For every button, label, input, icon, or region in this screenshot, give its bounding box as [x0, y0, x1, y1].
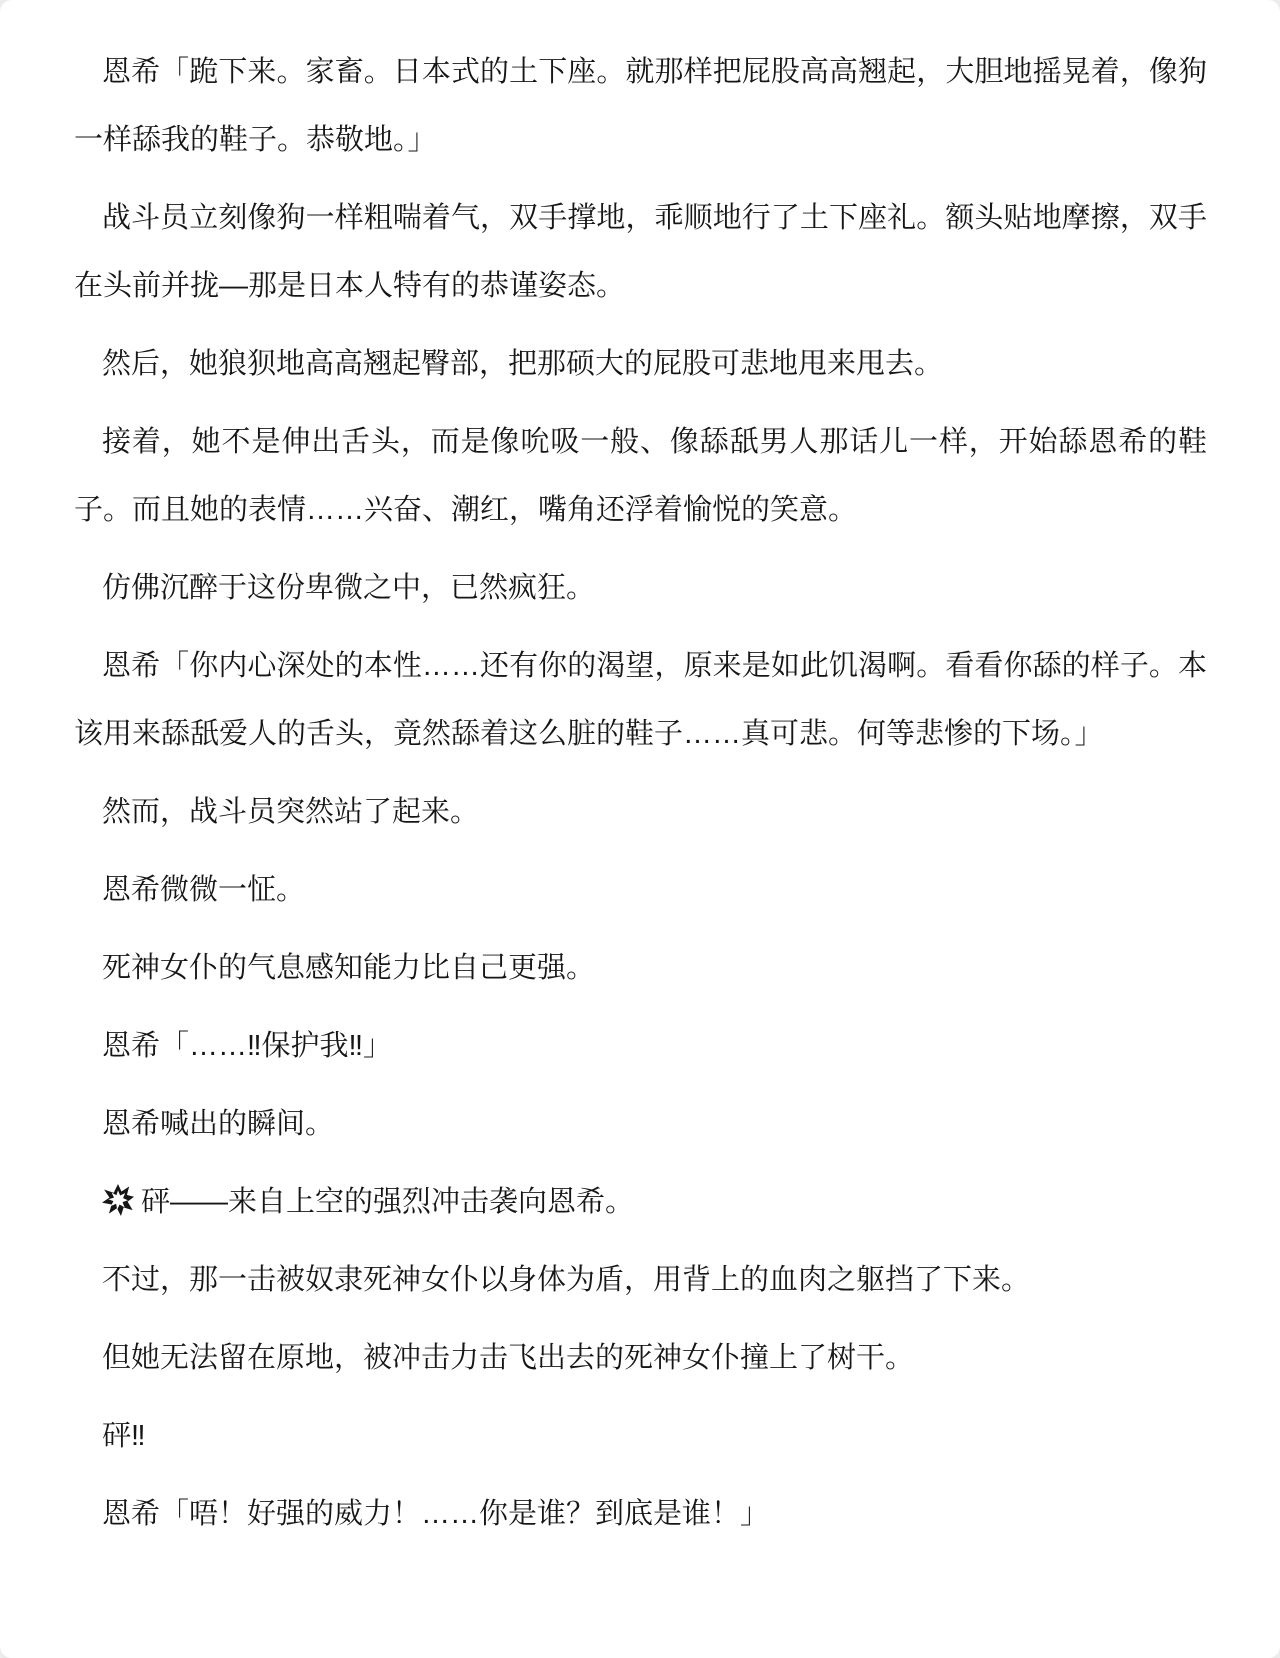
paragraph: 然而，战斗员突然站了起来。: [74, 778, 1207, 846]
paragraph-text: 仿佛沉醉于这份卑微之中，已然疯狂。: [102, 572, 595, 604]
paragraph-text: 死神女仆的气息感知能力比自己更强。: [102, 952, 595, 984]
paragraph: 但她无法留在原地，被冲击力击飞出去的死神女仆撞上了树干。: [74, 1324, 1207, 1392]
paragraph-text: 恩希「跪下来。家畜。日本式的土下座。就那样把屁股高高翘起，大胆地摇晃着，像狗一样…: [74, 56, 1207, 156]
paragraph-text: 恩希「唔！好强的威力！……你是谁？到底是谁！」: [102, 1498, 769, 1530]
paragraph-text: 然而，战斗员突然站了起来。: [102, 796, 479, 828]
page-content: 恩希「跪下来。家畜。日本式的土下座。就那样把屁股高高翘起，大胆地摇晃着，像狗一样…: [74, 38, 1207, 1548]
paragraph-text: 砰‼: [102, 1420, 146, 1452]
paragraph: 接着，她不是伸出舌头，而是像吮吸一般、像舔舐男人那话儿一样，开始舔恩希的鞋子。而…: [74, 408, 1207, 544]
paragraph: 恩希微微一怔。: [74, 856, 1207, 924]
paragraph-text: 战斗员立刻像狗一样粗喘着气，双手撑地，乖顺地行了土下座礼。额头贴地摩擦，双手在头…: [74, 202, 1207, 302]
paragraph: 仿佛沉醉于这份卑微之中，已然疯狂。: [74, 554, 1207, 622]
paragraph: 恩希「……‼保护我‼」: [74, 1012, 1207, 1080]
paragraph: 砰——来自上空的强烈冲击袭向恩希。: [74, 1168, 1207, 1236]
paragraph: 砰‼: [74, 1402, 1207, 1470]
burst-icon: [102, 1184, 134, 1216]
paragraph-text: 恩希「你内心深处的本性……还有你的渴望，原来是如此饥渴啊。看看你舔的样子。本该用…: [74, 650, 1207, 750]
paragraph-text: 恩希「……‼保护我‼」: [102, 1030, 392, 1062]
paragraph-text: 不过，那一击被奴隶死神女仆以身体为盾，用背上的血肉之躯挡了下来。: [102, 1264, 1030, 1296]
paragraph-text: 但她无法留在原地，被冲击力击飞出去的死神女仆撞上了树干。: [102, 1342, 914, 1374]
paragraph: 死神女仆的气息感知能力比自己更强。: [74, 934, 1207, 1002]
paragraph-text: 砰——来自上空的强烈冲击袭向恩希。: [141, 1186, 634, 1218]
paragraph: 战斗员立刻像狗一样粗喘着气，双手撑地，乖顺地行了土下座礼。额头贴地摩擦，双手在头…: [74, 184, 1207, 320]
paragraph: 然后，她狼狈地高高翘起臀部，把那硕大的屁股可悲地甩来甩去。: [74, 330, 1207, 398]
paragraph: 恩希「跪下来。家畜。日本式的土下座。就那样把屁股高高翘起，大胆地摇晃着，像狗一样…: [74, 38, 1207, 174]
paragraph-text: 然后，她狼狈地高高翘起臀部，把那硕大的屁股可悲地甩来甩去。: [102, 348, 943, 380]
paragraph-text: 恩希微微一怔。: [102, 874, 305, 906]
paragraph: 恩希「唔！好强的威力！……你是谁？到底是谁！」: [74, 1480, 1207, 1548]
paragraph-text: 恩希喊出的瞬间。: [102, 1108, 334, 1140]
paragraph: 不过，那一击被奴隶死神女仆以身体为盾，用背上的血肉之躯挡了下来。: [74, 1246, 1207, 1314]
paragraph: 恩希喊出的瞬间。: [74, 1090, 1207, 1158]
document-page: 恩希「跪下来。家畜。日本式的土下座。就那样把屁股高高翘起，大胆地摇晃着，像狗一样…: [0, 0, 1280, 1658]
paragraph: 恩希「你内心深处的本性……还有你的渴望，原来是如此饥渴啊。看看你舔的样子。本该用…: [74, 632, 1207, 768]
paragraph-text: 接着，她不是伸出舌头，而是像吮吸一般、像舔舐男人那话儿一样，开始舔恩希的鞋子。而…: [74, 426, 1207, 526]
